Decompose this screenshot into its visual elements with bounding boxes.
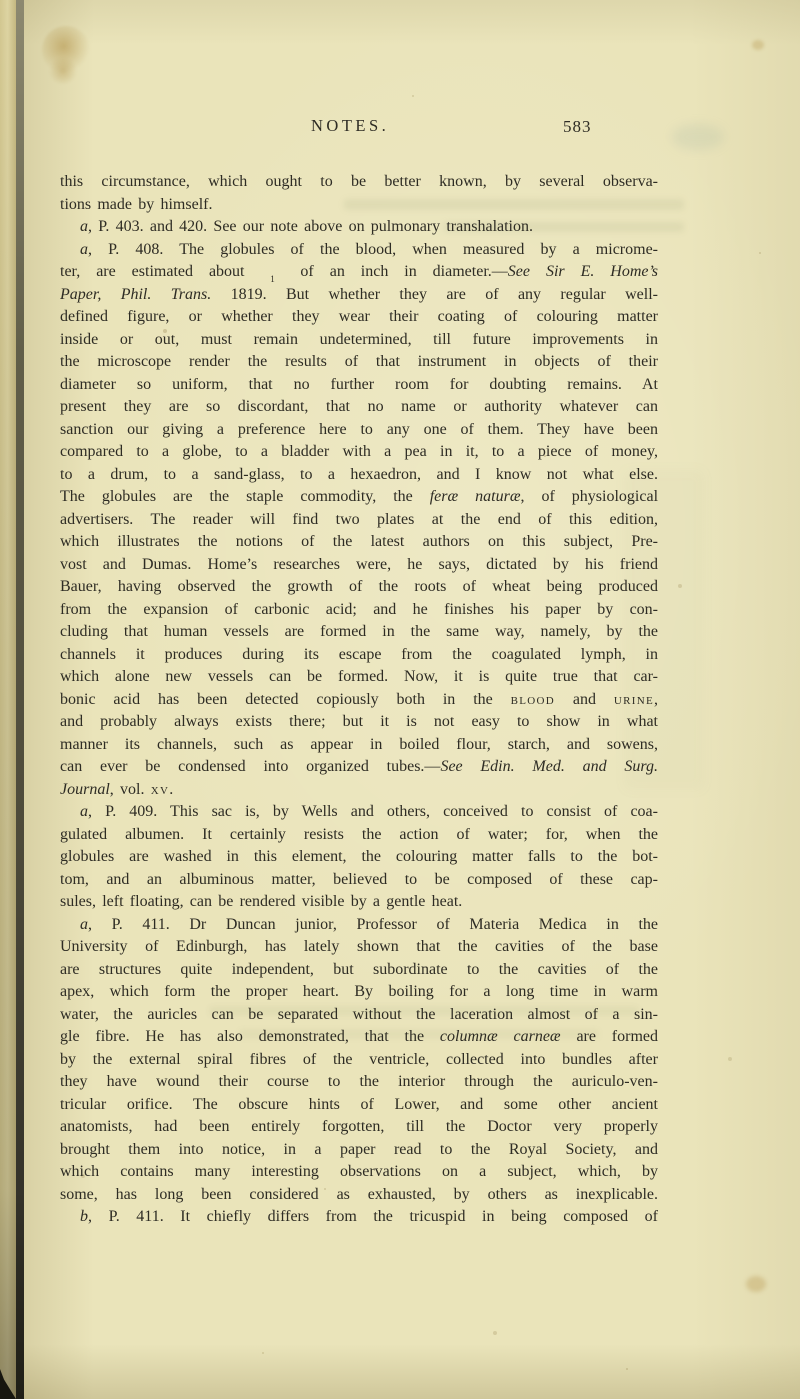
- text-segment: this circumstance, which ought to be bet…: [60, 173, 658, 190]
- text-segment: Journal: [60, 781, 110, 798]
- text-segment: The globules are the staple commodity, t…: [60, 488, 430, 505]
- text-segment: xv: [151, 781, 170, 798]
- text-line: water, the auricles can be separated wit…: [60, 1004, 658, 1027]
- text-segment: which contains many interesting observat…: [60, 1163, 658, 1180]
- text-segment: ter, are estimated about: [60, 263, 260, 280]
- text-line: University of Edinburgh, has lately show…: [60, 936, 658, 959]
- text-line: anatomists, had been entirely forgotten,…: [60, 1116, 658, 1139]
- text-line: this circumstance, which ought to be bet…: [60, 171, 658, 194]
- note-paragraph: a, P. 403. and 420. See our note above o…: [60, 216, 658, 239]
- paper-stain: [746, 1276, 766, 1292]
- text-line: channels it produces during its escape f…: [60, 644, 658, 667]
- text-segment: a: [80, 241, 88, 258]
- text-segment: to a drum, to a sand-glass, to a hexaedr…: [60, 466, 658, 483]
- text-segment: are structures quite independent, but su…: [60, 961, 658, 978]
- text-line: cluding that human vessels are formed in…: [60, 621, 658, 644]
- note-paragraph: a, P. 411. Dr Duncan junior, Professor o…: [60, 914, 658, 1207]
- paper-stain: [672, 124, 724, 150]
- text-line: globules are washed in this element, the…: [60, 846, 658, 869]
- text-line: gle fibre. He has also demonstrated, tha…: [60, 1026, 658, 1049]
- text-segment: and: [555, 691, 614, 708]
- text-segment: gle fibre. He has also demonstrated, tha…: [60, 1028, 440, 1045]
- binding-gutter-shadow: [16, 0, 24, 1399]
- text-segment: a: [80, 803, 88, 820]
- running-head-title: NOTES.: [311, 118, 389, 135]
- text-segment: diameter so uniform, that no further roo…: [60, 376, 658, 393]
- text-segment: tricular orifice. The obscure hints of L…: [60, 1096, 658, 1113]
- text-segment: sanction our giving a preference here to…: [60, 421, 658, 438]
- text-line: inside or out, must remain undetermined,…: [60, 329, 658, 352]
- text-line: b, P. 411. It chiefly differs from the t…: [60, 1206, 658, 1229]
- text-line: from the expansion of carbonic acid; and…: [60, 599, 658, 622]
- text-segment: feræ naturæ: [430, 488, 521, 505]
- text-segment: Paper, Phil. Trans.: [60, 286, 211, 303]
- text-line: vost and Dumas. Home’s researches were, …: [60, 554, 658, 577]
- text-segment: , P. 409. This sac is, by Wells and othe…: [88, 803, 658, 820]
- text-segment: anatomists, had been entirely forgotten,…: [60, 1118, 658, 1135]
- text-line: gulated albumen. It certainly resists th…: [60, 824, 658, 847]
- text-line: a, P. 403. and 420. See our note above o…: [60, 216, 658, 239]
- text-segment: globules are washed in this element, the…: [60, 848, 658, 865]
- text-line: to a drum, to a sand-glass, to a hexaedr…: [60, 464, 658, 487]
- note-paragraph: a, P. 409. This sac is, by Wells and oth…: [60, 801, 658, 914]
- text-segment: , P. 411. It chiefly differs from the tr…: [88, 1208, 658, 1225]
- text-segment: water, the auricles can be separated wit…: [60, 1006, 658, 1023]
- text-segment: b: [80, 1208, 88, 1225]
- text-segment: , P. 408. The globules of the blood, whe…: [88, 241, 658, 258]
- text-segment: advertisers. The reader will find two pl…: [60, 511, 658, 528]
- text-line: ter, are estimated about 15000 of an inc…: [60, 261, 658, 284]
- text-segment: which illustrates the notions of the lat…: [60, 533, 658, 550]
- text-segment: See Sir E. Home’s: [508, 263, 658, 280]
- text-line: bonic acid has been detected copiously b…: [60, 689, 658, 712]
- adjacent-page-edge: [0, 0, 17, 1399]
- text-segment: a: [80, 218, 88, 235]
- text-line: present they are so discordant, that no …: [60, 396, 658, 419]
- text-segment: some, has long been considered as exhaus…: [60, 1186, 658, 1203]
- text-line: defined figure, or whether they wear the…: [60, 306, 658, 329]
- text-line: Paper, Phil. Trans. 1819. But whether th…: [60, 284, 658, 307]
- text-segment: blood: [511, 691, 555, 708]
- text-segment: of an inch in diameter.—: [284, 263, 507, 280]
- text-segment: University of Edinburgh, has lately show…: [60, 938, 658, 955]
- text-line: the microscope render the results of tha…: [60, 351, 658, 374]
- text-line: can ever be condensed into organized tub…: [60, 756, 658, 779]
- text-segment: which alone new vessels can be formed. N…: [60, 668, 658, 685]
- text-line: tions made by himself.: [60, 194, 658, 217]
- stacked-fraction: 15000: [261, 275, 283, 284]
- text-segment: tions made by himself.: [60, 196, 212, 213]
- text-segment: vost and Dumas. Home’s researches were, …: [60, 556, 658, 573]
- text-line: which contains many interesting observat…: [60, 1161, 658, 1184]
- text-line: by the external spiral fibres of the ven…: [60, 1049, 658, 1072]
- text-line: tom, and an albuminous matter, believed …: [60, 869, 658, 892]
- text-line: and probably always exists there; but it…: [60, 711, 658, 734]
- text-segment: present they are so discordant, that no …: [60, 398, 658, 415]
- text-segment: sules, left floating, can be rendered vi…: [60, 893, 462, 910]
- text-segment: , vol.: [110, 781, 151, 798]
- text-line: Bauer, having observed the growth of the…: [60, 576, 658, 599]
- text-segment: tom, and an albuminous matter, believed …: [60, 871, 658, 888]
- note-paragraph: b, P. 411. It chiefly differs from the t…: [60, 1206, 658, 1229]
- text-segment: inside or out, must remain undetermined,…: [60, 331, 658, 348]
- text-segment: bonic acid has been detected copiously b…: [60, 691, 511, 708]
- text-segment: are formed: [561, 1028, 658, 1045]
- text-line: diameter so uniform, that no further roo…: [60, 374, 658, 397]
- text-segment: brought them into notice, in a paper rea…: [60, 1141, 658, 1158]
- text-line: a, P. 408. The globules of the blood, wh…: [60, 239, 658, 262]
- text-line: compared to a globe, to a bladder with a…: [60, 441, 658, 464]
- text-segment: Bauer, having observed the growth of the…: [60, 578, 658, 595]
- text-segment: gulated albumen. It certainly resists th…: [60, 826, 658, 843]
- text-segment: manner its channels, such as appear in b…: [60, 736, 658, 753]
- text-line: which illustrates the notions of the lat…: [60, 531, 658, 554]
- text-line: a, P. 409. This sac is, by Wells and oth…: [60, 801, 658, 824]
- text-segment: channels it produces during its escape f…: [60, 646, 658, 663]
- text-line: advertisers. The reader will find two pl…: [60, 509, 658, 532]
- text-line: tricular orifice. The obscure hints of L…: [60, 1094, 658, 1117]
- page-number: 583: [563, 118, 592, 135]
- text-segment: , of physiological: [521, 488, 658, 505]
- text-segment: defined figure, or whether they wear the…: [60, 308, 658, 325]
- paper-speckles: [24, 0, 26, 2]
- note-paragraph: this circumstance, which ought to be bet…: [60, 171, 658, 216]
- text-segment: See Edin. Med. and Surg.: [440, 758, 658, 775]
- text-line: sules, left floating, can be rendered vi…: [60, 891, 658, 914]
- text-segment: by the external spiral fibres of the ven…: [60, 1051, 658, 1068]
- book-page-scan: NOTES. 583 this circumstance, which ough…: [0, 0, 800, 1399]
- text-line: manner its channels, such as appear in b…: [60, 734, 658, 757]
- text-segment: urine: [614, 691, 654, 708]
- text-line: The globules are the staple commodity, t…: [60, 486, 658, 509]
- text-segment: they have wound their course to the inte…: [60, 1073, 658, 1090]
- text-line: a, P. 411. Dr Duncan junior, Professor o…: [60, 914, 658, 937]
- text-segment: from the expansion of carbonic acid; and…: [60, 601, 658, 618]
- text-segment: , P. 403. and 420. See our note above on…: [88, 218, 533, 235]
- text-segment: 1819. But whether they are of any regula…: [211, 286, 658, 303]
- text-line: are structures quite independent, but su…: [60, 959, 658, 982]
- text-segment: a: [80, 916, 88, 933]
- text-segment: , P. 411. Dr Duncan junior, Professor of…: [88, 916, 658, 933]
- text-line: Journal, vol. xv.: [60, 779, 658, 802]
- text-segment: and probably always exists there; but it…: [60, 713, 658, 730]
- note-paragraph: a, P. 408. The globules of the blood, wh…: [60, 239, 658, 802]
- text-segment: .: [169, 781, 173, 798]
- text-segment: columnæ carneæ: [440, 1028, 561, 1045]
- text-line: apex, which form the proper heart. By bo…: [60, 981, 658, 1004]
- text-segment: apex, which form the proper heart. By bo…: [60, 983, 658, 1000]
- notes-text-block: this circumstance, which ought to be bet…: [60, 171, 658, 1229]
- text-line: some, has long been considered as exhaus…: [60, 1184, 658, 1207]
- text-segment: cluding that human vessels are formed in…: [60, 623, 658, 640]
- text-segment: can ever be condensed into organized tub…: [60, 758, 440, 775]
- text-segment: compared to a globe, to a bladder with a…: [60, 443, 658, 460]
- paper-stain: [48, 58, 78, 84]
- text-line: brought them into notice, in a paper rea…: [60, 1139, 658, 1162]
- text-line: they have wound their course to the inte…: [60, 1071, 658, 1094]
- text-segment: ,: [654, 691, 658, 708]
- text-segment: the microscope render the results of tha…: [60, 353, 658, 370]
- paper-stain: [752, 40, 764, 50]
- text-line: sanction our giving a preference here to…: [60, 419, 658, 442]
- text-line: which alone new vessels can be formed. N…: [60, 666, 658, 689]
